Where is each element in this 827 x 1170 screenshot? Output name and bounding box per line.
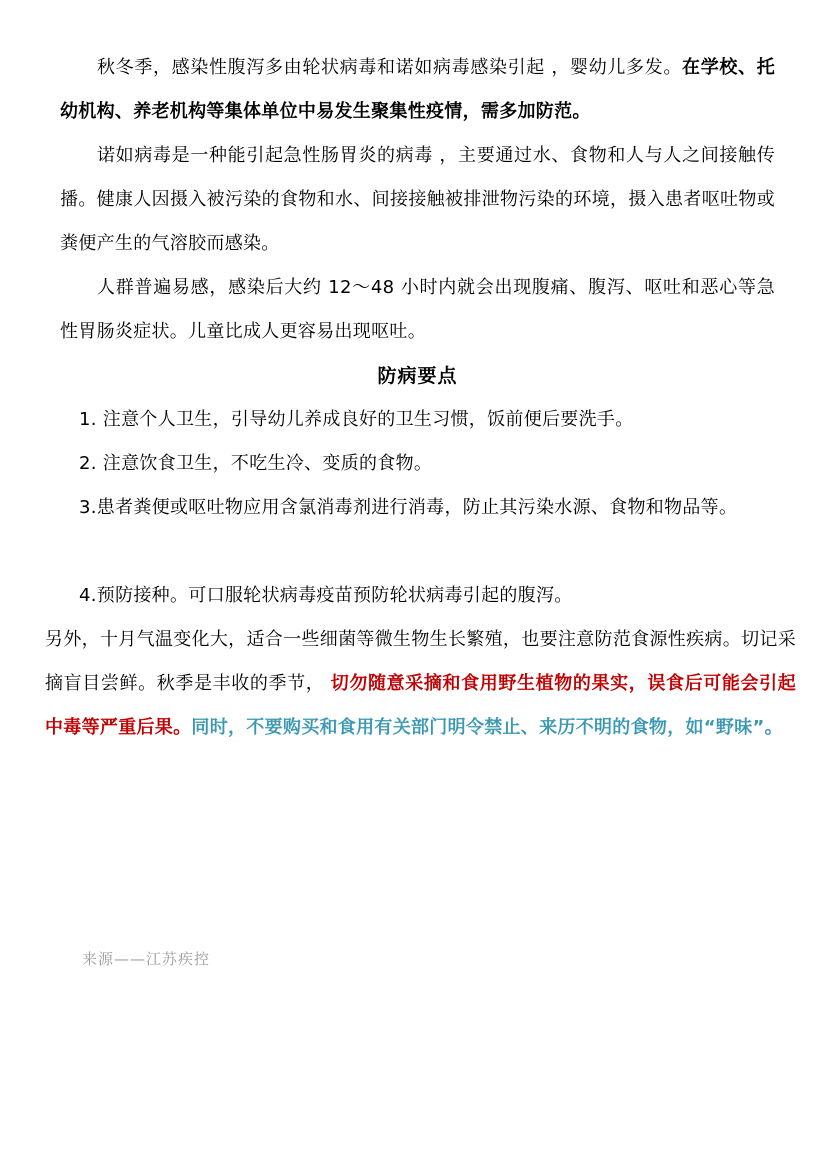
- paragraph-symptoms: 人群普遍易感，感染后大约 12～48 小时内就会出现腹痛、腹泻、呕吐和恶心等急性…: [60, 266, 775, 354]
- source-attribution: 来源——江苏疾控: [82, 948, 210, 970]
- list-item-food-hygiene: 2. 注意饮食卫生，不吃生冷、变质的食物。: [60, 442, 775, 486]
- document-page: 秋冬季，感染性腹泻多由轮状病毒和诺如病毒感染引起 ，婴幼儿多发。在学校、托幼机构…: [0, 0, 827, 1170]
- section-heading-prevention-points: 防病要点: [60, 354, 775, 398]
- paragraph-norovirus: 诺如病毒是一种能引起急性肠胃炎的病毒 ，主要通过水、食物和人与人之间接触传播。健…: [60, 134, 775, 266]
- blank-line-spacer: [60, 530, 775, 574]
- document-body: 秋冬季，感染性腹泻多由轮状病毒和诺如病毒感染引起 ，婴幼儿多发。在学校、托幼机构…: [60, 46, 775, 750]
- food-safety-notice-teal-text: 同时，不要购买和食用有关部门明令禁止、来历不明的食物，如“野味”。: [191, 717, 783, 738]
- list-item-vaccination: 4.预防接种。可口服轮状病毒疫苗预防轮状病毒引起的腹泻。: [60, 574, 775, 618]
- list-item-disinfection: 3.患者粪便或呕吐物应用含氯消毒剂进行消毒，防止其污染水源、食物和物品等。: [60, 486, 775, 530]
- list-item-personal-hygiene: 1. 注意个人卫生，引导幼儿养成良好的卫生习惯，饭前便后要洗手。: [60, 398, 775, 442]
- paragraph-intro: 秋冬季，感染性腹泻多由轮状病毒和诺如病毒感染引起 ，婴幼儿多发。在学校、托幼机构…: [60, 46, 775, 134]
- paragraph-food-safety: 另外，十月气温变化大，适合一些细菌等微生物生长繁殖，也要注意防范食源性疾病。切记…: [45, 618, 796, 750]
- paragraph-intro-normal-text: 秋冬季，感染性腹泻多由轮状病毒和诺如病毒感染引起 ，婴幼儿多发。: [97, 57, 682, 78]
